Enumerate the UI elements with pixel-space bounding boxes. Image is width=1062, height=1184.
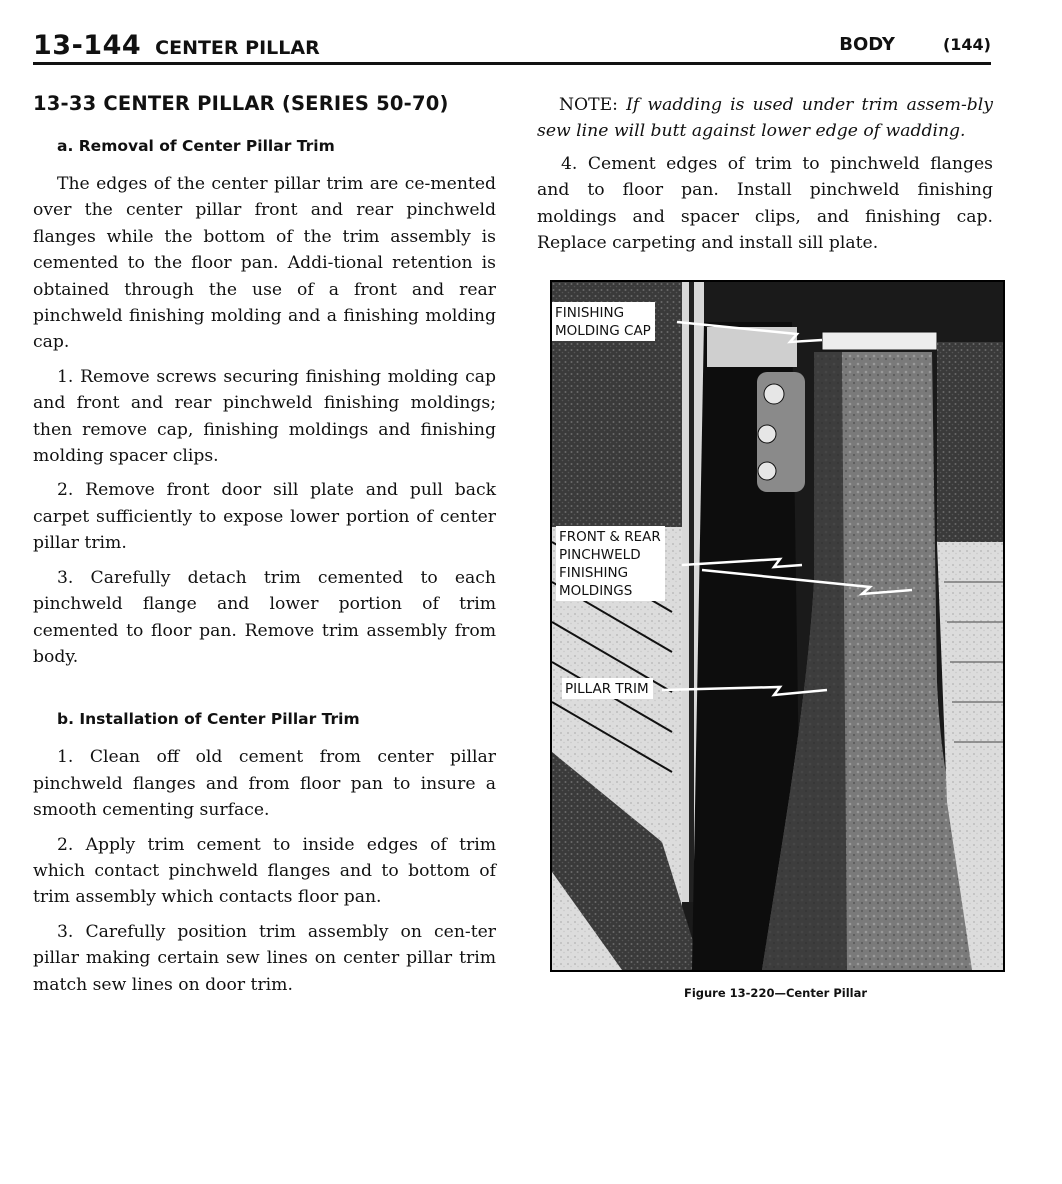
- running-title: CENTER PILLAR: [155, 37, 320, 59]
- page-number: (144): [943, 35, 991, 54]
- removal-heading: a. Removal of Center Pillar Trim: [57, 137, 496, 155]
- removal-step-2: 2. Remove front door sill plate and pull…: [33, 477, 496, 556]
- note-label: NOTE:: [559, 95, 626, 115]
- installation-step-4: 4. Cement edges of trim to pinchweld fla…: [537, 151, 993, 257]
- installation-note: NOTE: If wadding is used under trim asse…: [537, 92, 993, 145]
- figure-center-pillar-photo: FINISHING MOLDING CAP FRONT & REAR PINCH…: [550, 280, 1005, 972]
- running-head-right: BODY (144): [839, 34, 991, 55]
- left-column: 13-33 CENTER PILLAR (SERIES 50-70) a. Re…: [33, 92, 496, 1006]
- running-head: 13-144 CENTER PILLAR BODY (144): [33, 28, 991, 64]
- running-head-left: 13-144 CENTER PILLAR: [33, 30, 320, 61]
- installation-step-2: 2. Apply trim cement to inside edges of …: [33, 832, 496, 911]
- section-name: BODY: [839, 34, 895, 55]
- callout-pillar-trim: PILLAR TRIM: [562, 678, 653, 699]
- header-rule: [33, 62, 991, 65]
- installation-step-3: 3. Carefully position trim assembly on c…: [33, 919, 496, 998]
- center-pillar-illustration: [552, 282, 1003, 970]
- installation-heading: b. Installation of Center Pillar Trim: [57, 710, 496, 728]
- removal-intro: The edges of the center pillar trim are …: [33, 171, 496, 356]
- page-code: 13-144: [33, 30, 141, 61]
- installation-step-1: 1. Clean off old cement from center pill…: [33, 744, 496, 823]
- removal-step-1: 1. Remove screws securing finishing mold…: [33, 364, 496, 470]
- right-column: NOTE: If wadding is used under trim asse…: [537, 92, 993, 264]
- removal-step-3: 3. Carefully detach trim cemented to eac…: [33, 565, 496, 671]
- section-title: 13-33 CENTER PILLAR (SERIES 50-70): [33, 92, 496, 115]
- figure-caption: Figure 13-220—Center Pillar: [550, 986, 1001, 1000]
- callout-pinchweld-finishing-moldings: FRONT & REAR PINCHWELD FINISHING MOLDING…: [556, 526, 665, 601]
- callout-finishing-molding-cap: FINISHING MOLDING CAP: [552, 302, 655, 341]
